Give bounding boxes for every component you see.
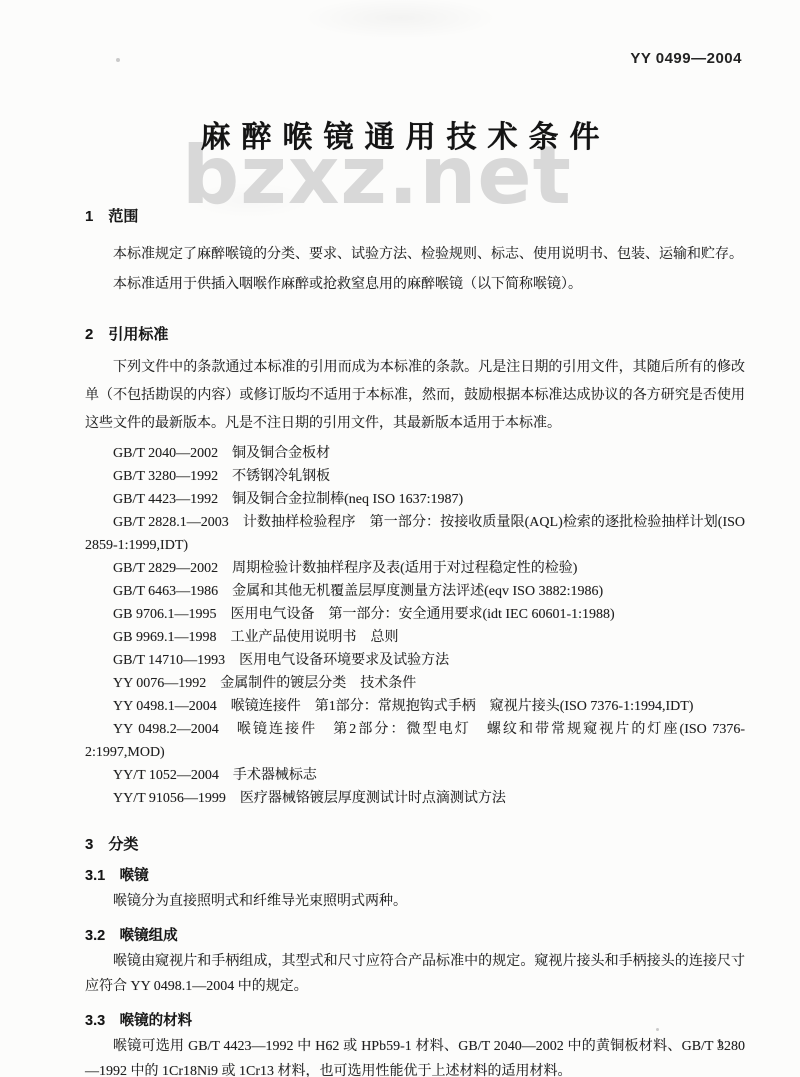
reference-item: GB/T 2829—2002 周期检验计数抽样程序及表(适用于对过程稳定性的检验…	[85, 557, 745, 580]
section-3-1-paragraph: 喉镜分为直接照明式和纤维导光束照明式两种。	[85, 889, 745, 914]
reference-list: GB/T 2040—2002 铜及铜合金板材 GB/T 3280—1992 不锈…	[85, 442, 745, 810]
page-number: 1	[716, 1037, 723, 1053]
scanned-document-page: YY 0499—2004 bzxz.net 麻醉喉镜通用技术条件 1 范围 本标…	[0, 0, 800, 1077]
page-title: 麻醉喉镜通用技术条件	[0, 112, 800, 156]
section-3-2-heading: 3.2 喉镜组成	[85, 927, 745, 945]
scan-speck	[116, 58, 120, 62]
reference-item: YY 0076—1992 金属制件的镀层分类 技术条件	[85, 672, 745, 695]
reference-item: YY 0498.1—2004 喉镜连接件 第1部分：常规抱钩式手柄 窥视片接头(…	[85, 695, 745, 718]
reference-item: GB/T 4423—1992 铜及铜合金拉制棒(neq ISO 1637:198…	[85, 488, 745, 511]
section-3-3-paragraph: 喉镜可选用 GB/T 4423—1992 中 H62 或 HPb59-1 材料、…	[85, 1034, 745, 1077]
reference-item: GB/T 14710—1993 医用电气设备环境要求及试验方法	[85, 649, 745, 672]
section-3-1-heading: 3.1 喉镜	[85, 867, 745, 885]
section-3-2-paragraph: 喉镜由窥视片和手柄组成，其型式和尺寸应符合产品标准中的规定。窥视片接头和手柄接头…	[85, 949, 745, 999]
reference-item: GB 9706.1—1995 医用电气设备 第一部分：安全通用要求(idt IE…	[85, 603, 745, 626]
reference-item: GB/T 3280—1992 不锈钢冷轧钢板	[85, 465, 745, 488]
section-3-heading: 3 分类	[85, 836, 745, 854]
reference-item: GB/T 2828.1—2003 计数抽样检验程序 第一部分：按接收质量限(AQ…	[85, 511, 745, 557]
section-1-heading: 1 范围	[85, 208, 745, 226]
reference-item: GB 9969.1—1998 工业产品使用说明书 总则	[85, 626, 745, 649]
section-3-3-heading: 3.3 喉镜的材料	[85, 1012, 745, 1030]
reference-item: YY/T 1052—2004 手术器械标志	[85, 764, 745, 787]
reference-item: GB/T 2040—2002 铜及铜合金板材	[85, 442, 745, 465]
reference-item: GB/T 6463—1986 金属和其他无机覆盖层厚度测量方法评述(eqv IS…	[85, 580, 745, 603]
section-1-paragraph-1: 本标准规定了麻醉喉镜的分类、要求、试验方法、检验规则、标志、使用说明书、包装、运…	[85, 240, 745, 270]
reference-item: YY/T 91056—1999 医疗器械铬镀层厚度测试计时点滴测试方法	[85, 787, 745, 810]
reference-item: YY 0498.2—2004 喉镜连接件 第2部分：微型电灯 螺纹和带常规窥视片…	[85, 718, 745, 764]
section-1-paragraph-2: 本标准适用于供插入咽喉作麻醉或抢救窒息用的麻醉喉镜（以下简称喉镜）。	[85, 270, 745, 300]
section-2-intro: 下列文件中的条款通过本标准的引用而成为本标准的条款。凡是注日期的引用文件，其随后…	[85, 354, 745, 438]
section-2-heading: 2 引用标准	[85, 326, 745, 344]
document-body: 1 范围 本标准规定了麻醉喉镜的分类、要求、试验方法、检验规则、标志、使用说明书…	[85, 206, 745, 1077]
standard-number: YY 0499—2004	[630, 50, 742, 67]
